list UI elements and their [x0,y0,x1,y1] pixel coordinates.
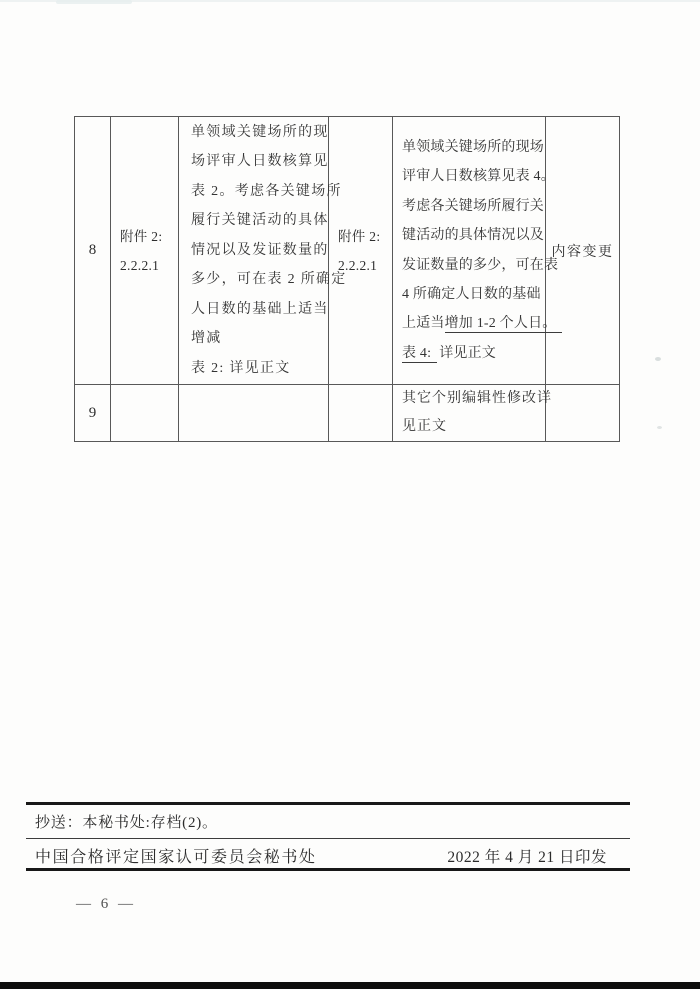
page-number: — 6 — [76,896,136,913]
row-number: 8 [89,242,97,258]
editorial-note-cell: 其它个别编辑性修改详 见正文 [393,385,546,442]
issuing-office: 中国合格评定国家认可委员会秘书处 [35,844,317,867]
scan-artifact-bottom-bar [0,982,700,989]
scan-artifact-smudge [56,0,132,4]
change-type-label: 内容变更 [552,245,614,260]
old-text-line: 情况以及发证数量的 [179,236,328,266]
issuer-row: 中国合格评定国家认可委员会秘书处 2022 年 4 月 21 日印发 [35,844,607,867]
new-text-line: 上适当增加 1-2 个人日。 [393,309,545,338]
old-text-cell: 单领域关键场所的现 场评审人日数核算见 表 2。考虑各关键场所 履行关键活动的具… [179,117,329,385]
old-text-line: 人日数的基础上适当 [179,295,328,325]
note-line: 其它个别编辑性修改详 [393,385,545,413]
new-text-line: 4 所确定人日数的基础 [393,280,545,309]
underlined-table-ref: 表 4: [402,346,437,363]
new-text-line: 表 4:详见正文 [393,339,545,368]
scan-artifact-speck [655,357,661,361]
row-number: 9 [89,405,97,421]
clause-number: 2.2.2.1 [111,251,178,280]
old-text-line: 表 2: 详见正文 [179,354,328,384]
scan-artifact-speck [657,426,662,429]
revision-comparison-table: 8 附件 2: 2.2.2.1 单领域关键场所的现 场评审人日数核算见 表 2。… [74,116,620,442]
footer-rule-middle [26,838,630,839]
empty-cell [546,385,620,442]
print-date: 2022 年 4 月 21 日印发 [447,845,607,867]
table-row-9: 9 其它个别编辑性修改详 见正文 [75,385,620,442]
attachment-ref: 附件 2: [111,222,178,251]
new-clause-ref-cell: 附件 2: 2.2.2.1 [329,117,393,385]
empty-cell [179,385,329,442]
new-text-line: 发证数量的多少，可在表 [393,251,545,280]
new-text-cell: 单领域关键场所的现场 评审人日数核算见表 4。 考虑各关键场所履行关 键活动的具… [393,117,546,385]
scanned-document-page: 8 附件 2: 2.2.2.1 单领域关键场所的现 场评审人日数核算见 表 2。… [0,0,700,989]
old-text-line: 单领域关键场所的现 [179,118,328,148]
attachment-ref: 附件 2: [329,222,392,251]
cc-distribution-line: 抄送：本秘书处:存档(2)。 [35,811,218,832]
old-text-line: 增减 [179,324,328,354]
footer-rule-bottom [26,868,630,871]
note-line: 见正文 [393,413,545,441]
old-clause-ref-cell: 附件 2: 2.2.2.1 [111,117,179,385]
row-number-cell: 8 [75,117,111,385]
new-text-segment: 上适当 [402,316,445,331]
footer-rule-top [26,802,630,805]
new-text-line: 单领域关键场所的现场 [393,133,545,162]
old-text-line: 场评审人日数核算见 [179,147,328,177]
old-text-line: 表 2。考虑各关键场所 [179,177,328,207]
row-number-cell: 9 [75,385,111,442]
change-type-cell: 内容变更 [546,117,620,385]
new-text-segment: 详见正文 [439,346,496,361]
old-text-line: 多少，可在表 2 所确定 [179,265,328,295]
empty-cell [329,385,393,442]
old-text-line: 履行关键活动的具体 [179,206,328,236]
table-row-8: 8 附件 2: 2.2.2.1 单领域关键场所的现 场评审人日数核算见 表 2。… [75,117,620,385]
empty-cell [111,385,179,442]
new-text-line: 考虑各关键场所履行关 [393,192,545,221]
clause-number: 2.2.2.1 [329,251,392,280]
underlined-insertion: 增加 1-2 个人日。 [445,316,563,333]
new-text-line: 键活动的具体情况以及 [393,221,545,250]
new-text-line: 评审人日数核算见表 4。 [393,162,545,191]
